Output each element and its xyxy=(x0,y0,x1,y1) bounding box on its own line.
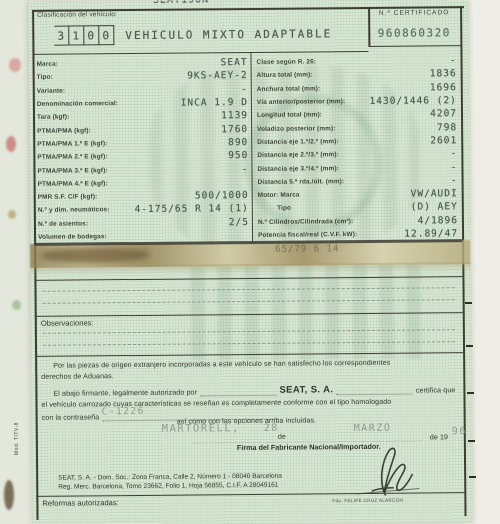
contrasena-text: con la contraseña xyxy=(42,413,100,422)
cutoff-overprint-text: SEAT190N xyxy=(153,0,209,6)
edge-tick xyxy=(469,476,476,478)
edge-tick xyxy=(468,440,475,442)
classification-code-digit: 1 xyxy=(69,25,84,45)
spec-value: - xyxy=(451,162,458,173)
year-prefix-label: de 19 xyxy=(430,433,448,441)
margin-model-text: Mod. TITV-8 xyxy=(14,422,20,455)
reforms-label: Reformas autorizadas: xyxy=(42,498,118,508)
spec-value: 1696 xyxy=(430,82,457,93)
spec-value: VW/AUDI xyxy=(411,188,458,199)
spec-label: Tipo xyxy=(258,205,291,212)
spec-label: Clase según R. 26: xyxy=(257,59,317,67)
spec-label: Distancia 5.ª rda./últ. (mm): xyxy=(258,178,345,186)
spec-value: 1836 xyxy=(430,69,457,80)
spec-value: 12.89/47 xyxy=(404,228,458,239)
observations-box-top xyxy=(35,312,463,317)
spec-value: 4-175/65 R 14 (1) xyxy=(135,203,249,215)
spec-label: Altura total (mm): xyxy=(257,72,313,79)
signature-scribble xyxy=(327,444,427,497)
table-column-divider xyxy=(250,52,253,244)
scan-speck xyxy=(8,210,16,219)
spec-value: 4207 xyxy=(430,109,457,120)
spec-value: - xyxy=(450,55,457,66)
spec-label: Tipo: xyxy=(37,74,53,81)
spec-value: 1430/1446 (2) xyxy=(369,95,456,107)
spec-label: Distancia eje 1.º/2.º (mm): xyxy=(257,138,339,146)
observations-label: Observaciones: xyxy=(41,318,94,327)
notes-dashed-line xyxy=(43,299,455,304)
de-label: de xyxy=(278,433,286,441)
spec-label: PMR S.F. C/F (kgf): xyxy=(38,193,98,201)
spec-value: - xyxy=(451,175,458,186)
company-address-line1: SEAT, S. A. - Dom. Soc.: Zona Franca, Ca… xyxy=(58,473,282,482)
notes-box-top xyxy=(34,276,462,281)
company-registry-line2: Reg. Merc. Barcelona, Tomo 23662, Folio … xyxy=(58,482,278,491)
spec-value: INCA 1.9 D xyxy=(181,97,248,109)
classification-label: Clasificación del vehículo: xyxy=(37,11,117,19)
dotted-leader xyxy=(336,386,412,396)
scanned-vehicle-certificate: SEAT190N Clasificación del vehículo: 310… xyxy=(0,0,500,524)
spec-label: Vía anterior/posterior (mm): xyxy=(257,98,345,106)
spec-label: PTMA/PMA 1.ª E (kgf): xyxy=(37,140,107,148)
spec-value: 1760 xyxy=(221,124,248,135)
spec-value: 798 xyxy=(437,122,457,133)
spec-label: N.º Cilindros/Cilindrada (cm³): xyxy=(258,218,353,226)
fold-faint-text: 65/79 6 14 xyxy=(275,244,339,255)
edge-tick xyxy=(466,345,473,347)
classification-code-boxes: 3100 xyxy=(54,25,114,46)
certificate-document: SEAT190N Clasificación del vehículo: 310… xyxy=(28,0,473,524)
spec-value: 4/1896 xyxy=(418,215,458,226)
spec-label: Motor: Marca xyxy=(258,192,300,199)
spec-label: Potencia fiscal/real (C.V.F. kW): xyxy=(258,231,357,239)
declaration-line1: Por las piezas de origen extranjero inco… xyxy=(53,358,453,369)
spec-label: Denominación comercial: xyxy=(37,100,118,108)
spec-value: 2/5 xyxy=(229,217,249,228)
spec-label: N.º y dim. neumáticos: xyxy=(38,207,110,215)
spec-label: Distancia eje 3.º/4.º (mm): xyxy=(257,165,339,173)
spec-value: 1139 xyxy=(221,110,248,121)
spec-label: PTMA/PMA (kgf): xyxy=(37,127,91,134)
notes-dashed-line xyxy=(43,329,455,334)
certificate-box-bottom xyxy=(368,45,460,47)
spec-value: - xyxy=(241,84,248,95)
margin-smudge xyxy=(4,480,14,510)
notes-dashed-line xyxy=(43,287,455,292)
notes-dashed-line xyxy=(43,341,455,346)
certificate-label: N.º CERTIFICADO xyxy=(368,9,460,17)
spec-label: Volumen de bodegas: xyxy=(38,233,107,241)
spec-value: SEAT xyxy=(221,57,248,68)
classification-value: VEHICULO MIXTO ADAPTABLE xyxy=(125,27,332,42)
dotted-leader xyxy=(200,387,276,397)
spec-label: Tara (kgf): xyxy=(37,114,69,121)
spec-label: N.º de asientos: xyxy=(38,220,88,227)
spec-value: 500/1000 xyxy=(195,190,249,201)
month-stamp: MARZO xyxy=(354,423,392,434)
spec-label: Marca: xyxy=(37,61,59,68)
day-stamp: 28 xyxy=(264,423,279,434)
place-stamp: MARTORELL, xyxy=(162,422,240,435)
spec-label: PTMA/PMA 2.ª E (kgf): xyxy=(37,153,107,161)
spec-value: (D) AEY xyxy=(411,202,458,213)
scan-speck xyxy=(9,58,21,72)
spec-label: Distancia eje 2.º/3.º (mm): xyxy=(257,151,339,159)
spec-value: 9KS-AEY-2 xyxy=(187,70,248,82)
spec-label: Voladizo posterior (mm): xyxy=(257,125,335,133)
scan-speck xyxy=(12,300,21,310)
authorized-by-text: El abajo firmante, legalmente autorizado… xyxy=(41,388,197,397)
certifies-text: certifica que xyxy=(416,386,456,394)
spec-label: Variante: xyxy=(37,87,65,94)
spec-value: 2601 xyxy=(430,135,457,146)
spec-label: PTMA/PMA 4.ª E (kgf): xyxy=(38,180,108,188)
classification-code-digit: 0 xyxy=(99,25,114,45)
edge-tick xyxy=(467,392,474,394)
spec-value: 890 xyxy=(228,137,248,148)
observations-box-bottom xyxy=(35,352,463,357)
signer-name: Fdo. FELIPE CRUZ ALARCON xyxy=(332,498,403,504)
declaration-line2: derechos de Aduanas. xyxy=(41,372,114,381)
year-stamp: 96 xyxy=(452,426,467,437)
spec-value: - xyxy=(451,148,458,159)
scan-speck xyxy=(6,136,16,152)
classification-code-digit: 0 xyxy=(84,25,99,45)
edge-tick xyxy=(465,302,472,304)
spec-table-right: Clase según R. 26: - Altura total (mm): … xyxy=(256,54,458,242)
certificate-number: 960860320 xyxy=(368,26,460,40)
spec-value: 950 xyxy=(228,150,248,161)
spec-table-left: Marca: SEAT Tipo: 9KS-AEY-2 Variante: - … xyxy=(36,56,249,244)
manufacturer-name: SEAT, S. A. xyxy=(279,384,333,395)
classification-code-digit: 3 xyxy=(54,26,69,46)
spec-label: Longitud total (mm): xyxy=(257,112,322,120)
spec-value: - xyxy=(242,164,249,175)
spec-label: PTMA/PMA 3.ª E (kgf): xyxy=(37,167,107,175)
spec-label: Anchura total (mm): xyxy=(257,85,321,93)
declaration-line3: El abajo firmante, legalmente autorizado… xyxy=(41,383,455,398)
